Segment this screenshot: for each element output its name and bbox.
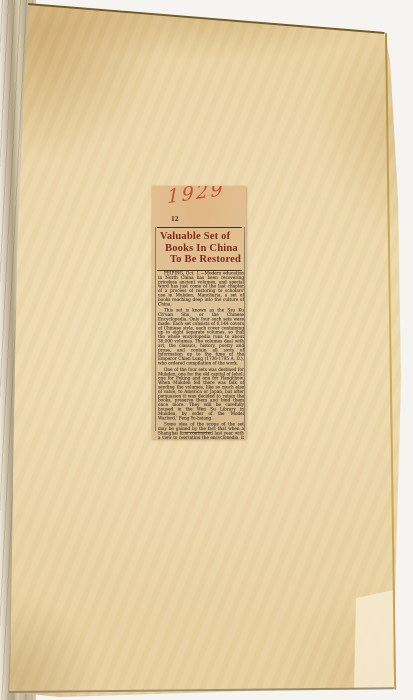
clipping-article-text: PEIPING, Oct. 1.—Modern education in Nor… <box>158 271 244 439</box>
headline-line-2: Books In China <box>165 243 242 255</box>
clipping-headline: Valuable Set of Books In China To Be Res… <box>157 227 242 271</box>
article-paragraph: This set is known as the Ssu Ku Ch'uan S… <box>158 308 244 365</box>
headline-line-1: Valuable Set of <box>160 231 242 243</box>
clipping-page-number: 12 <box>171 215 179 223</box>
article-paragraph: One of the four sets was destined for Mu… <box>158 367 244 420</box>
handwritten-year: 1929 <box>167 186 225 207</box>
article-paragraph: PEIPING, Oct. 1.—Modern education in Nor… <box>158 271 244 306</box>
article-paragraph: Some idea of the scope of the set may be… <box>158 422 244 439</box>
scrapbook-photo: 1929 12 Valuable Set of Books In China T… <box>0 0 413 700</box>
newspaper-clipping: 1929 12 Valuable Set of Books In China T… <box>152 186 246 439</box>
article-end-rule <box>185 432 211 433</box>
column-rule-left <box>155 227 156 431</box>
headline-line-3: To Be Restored <box>170 254 242 266</box>
